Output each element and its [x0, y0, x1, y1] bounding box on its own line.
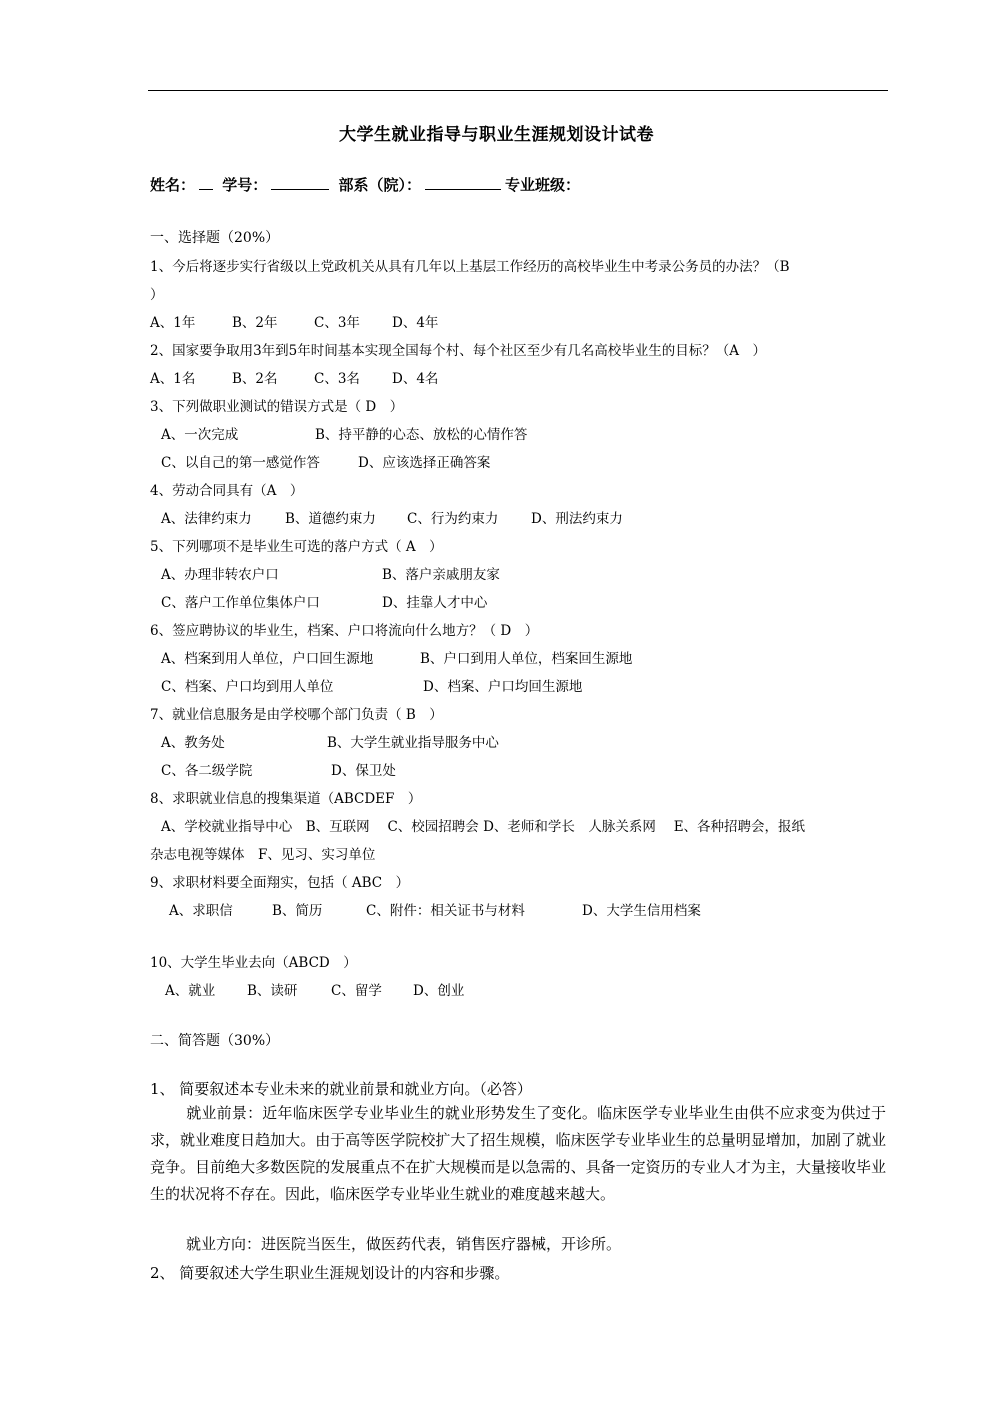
option: D、挂靠人才中心: [382, 594, 487, 612]
option: B、大学生就业指导服务中心: [327, 734, 499, 752]
question-4: 4、劳动合同具有（A ）: [150, 482, 303, 500]
question-1-cont: ）: [150, 286, 164, 304]
question-9-options: A、求职信B、简历C、附件：相关证书与材料D、大学生信用档案: [169, 902, 701, 920]
option: D、档案、户口均回生源地: [423, 678, 582, 696]
student-id-label: 学号：: [222, 176, 267, 194]
option: A、办理非转农户口: [161, 566, 382, 584]
question-8-options-row2: 杂志电视等媒体 F、见习、实习单位: [150, 846, 375, 864]
exam-title: 大学生就业指导与职业生涯规划设计试卷: [0, 120, 993, 145]
name-field[interactable]: [199, 175, 213, 190]
question-1: 1、今后将逐步实行省级以上党政机关从具有几年以上基层工作经历的高校毕业生中考录公…: [150, 258, 790, 276]
option: C、附件：相关证书与材料: [366, 902, 582, 920]
option: D、应该选择正确答案: [358, 454, 490, 472]
question-9: 9、求职材料要全面翔实，包括（ ABC ）: [150, 874, 409, 892]
question-6-options-row2: C、档案、户口均到用人单位D、档案、户口均回生源地: [161, 678, 582, 696]
option: A、一次完成: [161, 426, 315, 444]
question-3-options-row1: A、一次完成B、持平静的心态、放松的心情作答: [161, 426, 527, 444]
option: A、教务处: [161, 734, 327, 752]
question-3-options-row2: C、以自己的第一感觉作答D、应该选择正确答案: [161, 454, 490, 472]
option: C、行为约束力: [407, 510, 531, 528]
option: B、2年: [232, 314, 314, 332]
option: B、落户亲戚朋友家: [382, 566, 500, 584]
question-5-options-row2: C、落户工作单位集体户口D、挂靠人才中心: [161, 594, 487, 612]
option: C、以自己的第一感觉作答: [161, 454, 358, 472]
question-6: 6、签应聘协议的毕业生，档案、户口将流向什么地方？（ D ）: [150, 622, 538, 640]
option: D、保卫处: [331, 762, 396, 780]
question-6-options-row1: A、档案到用人单位，户口回生源地B、户口到用人单位，档案回生源地: [161, 650, 632, 668]
option: B、读研: [247, 982, 331, 1000]
question-1-options: A、1年B、2年C、3年D、4年: [150, 314, 438, 332]
department-label: 部系（院）：: [339, 176, 422, 194]
option: D、创业: [413, 982, 464, 1000]
option: C、档案、户口均到用人单位: [161, 678, 423, 696]
option: D、4年: [392, 314, 438, 332]
major-class-label: 专业班级：: [505, 176, 580, 194]
option: A、求职信: [169, 902, 272, 920]
option: A、法律约束力: [161, 510, 285, 528]
option: B、2名: [232, 370, 314, 388]
department-field[interactable]: [425, 175, 501, 190]
question-5: 5、下列哪项不是毕业生可选的落户方式（ A ）: [150, 538, 443, 556]
answer-employment-prospect: 就业前景：近年临床医学专业毕业生的就业形势发生了变化。临床医学专业毕业生由供不应…: [150, 1100, 886, 1208]
option: C、落户工作单位集体户口: [161, 594, 382, 612]
question-10-options: A、就业B、读研C、留学D、创业: [165, 982, 464, 1000]
question-8-options-row1: A、学校就业指导中心 B、互联网 C、校园招聘会 D、老师和学长 人脉关系网 E…: [161, 818, 805, 836]
answer-direction-text: 就业方向：进医院当医生，做医药代表，销售医疗器械，开诊所。: [186, 1235, 621, 1253]
option: B、道德约束力: [285, 510, 407, 528]
student-info-row: 姓名： 学号： 部系（院）：专业班级：: [150, 174, 580, 195]
option: A、就业: [165, 982, 247, 1000]
option: C、3年: [314, 314, 392, 332]
option: C、留学: [331, 982, 413, 1000]
option: D、刑法约束力: [531, 510, 623, 528]
answer-prospect-text: 就业前景：近年临床医学专业毕业生的就业形势发生了变化。临床医学专业毕业生由供不应…: [150, 1104, 886, 1203]
question-5-options-row1: A、办理非转农户口B、落户亲戚朋友家: [161, 566, 500, 584]
student-id-field[interactable]: [271, 175, 329, 190]
question-7-options-row1: A、教务处B、大学生就业指导服务中心: [161, 734, 499, 752]
short-answer-question-1: 1、 简要叙述本专业未来的就业前景和就业方向。（必答）: [150, 1078, 532, 1099]
section-heading-choice: 一、选择题（20%）: [150, 229, 279, 247]
section-heading-short-answer: 二、简答题（30%）: [150, 1032, 279, 1050]
short-answer-question-2: 2、 简要叙述大学生职业生涯规划设计的内容和步骤。: [150, 1262, 509, 1283]
option: B、持平静的心态、放松的心情作答: [315, 426, 527, 444]
question-10: 10、大学生毕业去向（ABCD ）: [150, 954, 357, 972]
option: D、大学生信用档案: [582, 902, 701, 920]
option: B、简历: [272, 902, 366, 920]
question-2: 2、国家要争取用3年到5年时间基本实现全国每个村、每个社区至少有几名高校毕业生的…: [150, 342, 766, 360]
question-4-options: A、法律约束力B、道德约束力C、行为约束力D、刑法约束力: [161, 510, 623, 528]
header-rule: [148, 90, 888, 91]
option: A、1年: [150, 314, 232, 332]
option: C、3名: [314, 370, 392, 388]
answer-employment-direction: 就业方向：进医院当医生，做医药代表，销售医疗器械，开诊所。: [150, 1231, 886, 1258]
option: C、各二级学院: [161, 762, 331, 780]
question-7-options-row2: C、各二级学院D、保卫处: [161, 762, 396, 780]
option: A、1名: [150, 370, 232, 388]
option: D、4名: [392, 370, 438, 388]
option: B、户口到用人单位，档案回生源地: [420, 650, 632, 668]
question-3: 3、下列做职业测试的错误方式是（ D ）: [150, 398, 403, 416]
option: A、档案到用人单位，户口回生源地: [161, 650, 420, 668]
question-8: 8、求职就业信息的搜集渠道（ABCDEF ）: [150, 790, 421, 808]
question-7: 7、就业信息服务是由学校哪个部门负责（ B ）: [150, 706, 443, 724]
question-2-options: A、1名B、2名C、3名D、4名: [150, 370, 438, 388]
name-label: 姓名：: [150, 176, 195, 194]
